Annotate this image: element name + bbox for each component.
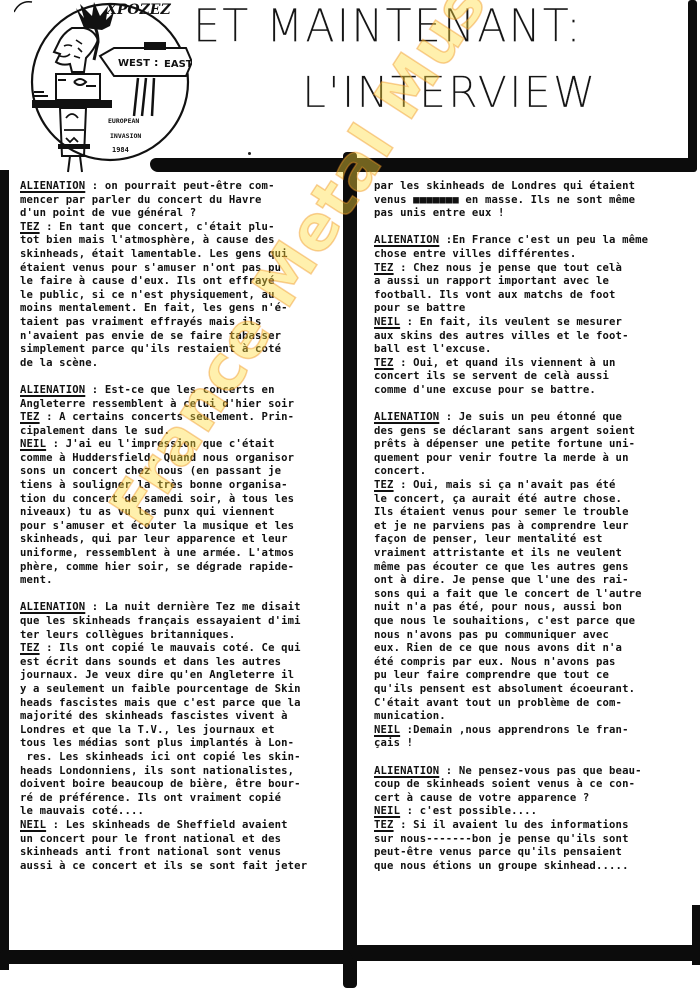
text-line: nous n'avons pas pu communiquer avec	[374, 629, 692, 643]
text-line: football. Ils vont aux matchs de foot	[374, 289, 692, 303]
text-line: comme d'une excuse pour se battre.	[374, 384, 692, 398]
line-text: prêts à dépenser une petite fortune uni-	[374, 438, 635, 450]
text-line: n'avaient pas envie de se faire tabasser	[20, 330, 342, 344]
line-text: qu'ils pensent est absolument écoeurant.	[374, 683, 635, 695]
line-text: tot bien mais l'atmosphère, à cause des	[20, 234, 275, 246]
text-line: le mauvais coté....	[20, 805, 342, 819]
line-text: taient pas vraiment effrayés mais ils	[20, 316, 262, 328]
line-text: sur nous-------bon je pense qu'ils sont	[374, 833, 629, 845]
interview-column-left: ALIENATION : on pourrait peut-être com-m…	[20, 180, 342, 873]
line-text: concert.	[374, 465, 426, 477]
text-line: ALIENATION : Ne pensez-vous pas que beau…	[374, 765, 692, 779]
text-line: coup de skinheads soient venus à ce con-	[374, 778, 692, 792]
text-line: le public, si ce n'est physiquement, au	[20, 289, 342, 303]
text-line: nuit n'a pas été, pour nous, aussi bon	[374, 601, 692, 615]
speaker-label: NEIL	[374, 805, 400, 817]
text-line: TEZ : A certains concerts seulement. Pri…	[20, 411, 342, 425]
line-text: n'avaient pas envie de se faire tabasser	[20, 330, 281, 342]
text-line: niveaux) tu as vu les punx qui viennent	[20, 506, 342, 520]
line-text: skinheads, était lamentable. Les gens qu…	[20, 248, 288, 260]
text-line: même pas écouter ce que les autres gens	[374, 561, 692, 575]
line-text: façon de penser, leur mentalité est	[374, 533, 602, 545]
text-line: peut-être venus parce qu'ils pensaient	[374, 846, 692, 860]
line-text: skinheads, qui par leur apparence et leu…	[20, 533, 288, 545]
line-text: tiens à souligner la très bonne organisa…	[20, 479, 288, 491]
svg-text:EUROPEAN: EUROPEAN	[108, 117, 139, 125]
line-text: des gens se déclarant sans argent soient	[374, 425, 635, 437]
line-text: pour se battre	[374, 302, 465, 314]
line-text: pu leur faire comprendre que tout ce	[374, 669, 609, 681]
paragraph-gap	[20, 370, 342, 384]
text-line: que nous étions un groupe skinhead.....	[374, 860, 692, 874]
text-line: tous les médias sont plus implantés à Lo…	[20, 737, 342, 751]
line-text: : En tant que concert, c'était plu-	[40, 221, 275, 233]
text-line: ALIENATION : La nuit dernière Tez me dis…	[20, 601, 342, 615]
text-line: étaient venus pour s'amuser n'ont pas pu	[20, 262, 342, 276]
line-text: : Si il avaient lu des informations	[394, 819, 629, 831]
paragraph-gap	[374, 751, 692, 765]
speaker-label: NEIL	[20, 438, 46, 450]
text-line: uniforme, ressemblent à une armée. L'atm…	[20, 547, 342, 561]
border-bottom-right	[352, 945, 700, 961]
text-line: çais !	[374, 737, 692, 751]
text-line: comme à Huddersfield. Quand nous organis…	[20, 452, 342, 466]
text-line: pour se battre	[374, 302, 692, 316]
line-text: que nous le souhaitions, c'est parce que	[374, 615, 635, 627]
line-text: cert à cause de votre apparence ?	[374, 792, 589, 804]
svg-text:INVASION: INVASION	[110, 132, 141, 140]
line-text: d'un point de vue général ?	[20, 207, 196, 219]
speaker-label: TEZ	[374, 819, 394, 831]
line-text: de la scène.	[20, 357, 98, 369]
column-divider	[343, 152, 357, 988]
text-line: heads Londonniens, ils sont nationaliste…	[20, 765, 342, 779]
line-text: ball est l'excuse.	[374, 343, 492, 355]
text-line: sur nous-------bon je pense qu'ils sont	[374, 833, 692, 847]
text-line: ALIENATION : on pourrait peut-être com-	[20, 180, 342, 194]
line-text: : Chez nous je pense que tout celà	[394, 262, 622, 274]
line-text: simplement parce qu'ils restaient à coté	[20, 343, 281, 355]
line-text: été compris par eux. Nous n'avons pas	[374, 656, 616, 668]
line-text: :En France c'est un peu la même	[439, 234, 648, 246]
line-text: Londres et que la T.V., les journaux et	[20, 724, 275, 736]
text-line: venus ■■■■■■■ en masse. Ils ne sont même	[374, 194, 692, 208]
speaker-label: TEZ	[374, 357, 394, 369]
line-text: un concert pour le front national et des	[20, 833, 281, 845]
speaker-label: TEZ	[374, 479, 394, 491]
text-line: que nous le souhaitions, c'est parce que	[374, 615, 692, 629]
line-text: que les skinheads français essayaient d'…	[20, 615, 301, 627]
line-text: par les skinheads de Londres qui étaient	[374, 180, 635, 192]
line-text: doivent boire beaucoup de bière, être bo…	[20, 778, 301, 790]
line-text: : Oui, et quand ils viennent à un	[394, 357, 616, 369]
text-line: ALIENATION : Je suis un peu étonné que	[374, 411, 692, 425]
text-line: un concert pour le front national et des	[20, 833, 342, 847]
text-line: tion du concert de samedi soir, à tous l…	[20, 493, 342, 507]
line-text: uniforme, ressemblent à une armée. L'atm…	[20, 547, 294, 559]
line-text: eux. Rien de ce que nous avons dit n'a	[374, 642, 622, 654]
text-line: ont à dire. Je pense que l'une des rai-	[374, 574, 692, 588]
speaker-label: TEZ	[20, 642, 40, 654]
text-line: TEZ : Chez nous je pense que tout celà	[374, 262, 692, 276]
text-line: skinheads, qui par leur apparence et leu…	[20, 533, 342, 547]
text-line: majorité des skinheads fascistes vivent …	[20, 710, 342, 724]
line-text: le mauvais coté....	[20, 805, 144, 817]
text-line: moins mentalement. En fait, les gens n'é…	[20, 302, 342, 316]
text-line: NEIL : J'ai eu l'impression que c'était	[20, 438, 342, 452]
line-text: : En fait, ils veulent se mesurer	[400, 316, 622, 328]
text-line: NEIL : Les skinheads de Sheffield avaien…	[20, 819, 342, 833]
text-line: de la scène.	[20, 357, 342, 371]
line-text: majorité des skinheads fascistes vivent …	[20, 710, 288, 722]
text-line: Angleterre ressemblent à celui d'hier so…	[20, 398, 342, 412]
text-line: TEZ : Oui, et quand ils viennent à un	[374, 357, 692, 371]
line-text: : Ils ont copié le mauvais coté. Ce qui	[40, 642, 301, 654]
line-text: coup de skinheads soient venus à ce con-	[374, 778, 635, 790]
xpozez-logo-illustration: WEST : EAST EUROPEAN INVASION 1984 XPOZE…	[14, 0, 192, 175]
text-line: simplement parce qu'ils restaient à coté	[20, 343, 342, 357]
line-text: quement pour venir foutre la merde à un	[374, 452, 629, 464]
line-text: heads fascistes mais que c'est parce que…	[20, 697, 301, 709]
ink-speck	[248, 152, 251, 155]
line-text: : on pourrait peut-être com-	[85, 180, 274, 192]
text-line: des gens se déclarant sans argent soient	[374, 425, 692, 439]
speaker-label: ALIENATION	[374, 411, 439, 423]
line-text: chose entre villes différentes.	[374, 248, 576, 260]
line-text: pas unis entre eux !	[374, 207, 505, 219]
line-text: comme à Huddersfield. Quand nous organis…	[20, 452, 294, 464]
line-text: journaux. Je veux dire qu'en Angleterre …	[20, 669, 294, 681]
line-text: moins mentalement. En fait, les gens n'é…	[20, 302, 288, 314]
line-text: aux skins des autres villes et le foot-	[374, 330, 629, 342]
sign-west-label: WEST	[118, 58, 150, 69]
line-text: phère, comme hier soir, se dégrade rapid…	[20, 561, 294, 573]
text-line: heads fascistes mais que c'est parce que…	[20, 697, 342, 711]
line-text: que nous étions un groupe skinhead.....	[374, 860, 629, 872]
text-line: TEZ : En tant que concert, c'était plu-	[20, 221, 342, 235]
line-text: res. Les skinheads ici ont copié les ski…	[20, 751, 301, 763]
text-line: vraiment attristante et ils ne veulent	[374, 547, 692, 561]
text-line: phère, comme hier soir, se dégrade rapid…	[20, 561, 342, 575]
line-text: venus ■■■■■■■ en masse. Ils ne sont même	[374, 194, 635, 206]
speaker-label: ALIENATION	[20, 180, 85, 192]
line-text: sons un concert chez nous (en passant je	[20, 465, 281, 477]
speaker-label: TEZ	[374, 262, 394, 274]
border-left	[0, 170, 9, 970]
line-text: cipalement dans le sud.	[20, 425, 170, 437]
line-text: : A certains concerts seulement. Prin-	[40, 411, 295, 423]
border-top-rule	[150, 158, 695, 172]
logo-band-name: XPOZEZ	[105, 2, 171, 18]
paragraph-gap	[374, 221, 692, 235]
line-text: ment.	[20, 574, 53, 586]
text-line: pu leur faire comprendre que tout ce	[374, 669, 692, 683]
interview-column-right: par les skinheads de Londres qui étaient…	[374, 180, 692, 873]
speaker-label: ALIENATION	[374, 234, 439, 246]
text-line: pour s'amuser et écouter la musique et l…	[20, 520, 342, 534]
line-text: Ils étaient venus pour semer le trouble	[374, 506, 629, 518]
page-title-line2: L'INTERVIEW	[302, 68, 597, 118]
line-text: C'était avant tout un problème de com-	[374, 697, 622, 709]
text-line: tiens à souligner la très bonne organisa…	[20, 479, 342, 493]
text-line: cipalement dans le sud.	[20, 425, 342, 439]
text-line: concert.	[374, 465, 692, 479]
text-line: eux. Rien de ce que nous avons dit n'a	[374, 642, 692, 656]
text-line: aussi à ce concert et ils se sont fait j…	[20, 860, 342, 874]
text-line: ALIENATION : Est-ce que les concerts en	[20, 384, 342, 398]
line-text: concert ils se servent de celà aussi	[374, 370, 609, 382]
paragraph-gap	[374, 398, 692, 412]
text-line: ter leurs collègues britanniques.	[20, 629, 342, 643]
speaker-label: ALIENATION	[374, 765, 439, 777]
text-line: le concert, ça aurait été autre chose.	[374, 493, 692, 507]
line-text: même pas écouter ce que les autres gens	[374, 561, 629, 573]
text-line: mencer par parler du concert du Havre	[20, 194, 342, 208]
text-line: d'un point de vue général ?	[20, 207, 342, 221]
text-line: qu'ils pensent est absolument écoeurant.	[374, 683, 692, 697]
text-line: sons un concert chez nous (en passant je	[20, 465, 342, 479]
text-line: TEZ : Oui, mais si ça n'avait pas été	[374, 479, 692, 493]
line-text: et je ne parviens pas à comprendre leur	[374, 520, 629, 532]
line-text: : Oui, mais si ça n'avait pas été	[394, 479, 616, 491]
line-text: : Est-ce que les concerts en	[85, 384, 274, 396]
line-text: pour s'amuser et écouter la musique et l…	[20, 520, 294, 532]
line-text: sons qui a fait que le concert de l'autr…	[374, 588, 642, 600]
line-text: tion du concert de samedi soir, à tous l…	[20, 493, 294, 505]
line-text: comme d'une excuse pour se battre.	[374, 384, 596, 396]
text-line: cert à cause de votre apparence ?	[374, 792, 692, 806]
line-text: a aussi un rapport important avec le	[374, 275, 609, 287]
line-text: : Ne pensez-vous pas que beau-	[439, 765, 641, 777]
line-text: football. Ils vont aux matchs de foot	[374, 289, 616, 301]
text-line: C'était avant tout un problème de com-	[374, 697, 692, 711]
text-line: et je ne parviens pas à comprendre leur	[374, 520, 692, 534]
text-line: Ils étaient venus pour semer le trouble	[374, 506, 692, 520]
text-line: doivent boire beaucoup de bière, être bo…	[20, 778, 342, 792]
text-line: que les skinheads français essayaient d'…	[20, 615, 342, 629]
text-line: aux skins des autres villes et le foot-	[374, 330, 692, 344]
line-text: mencer par parler du concert du Havre	[20, 194, 262, 206]
line-text: : Je suis un peu étonné que	[439, 411, 622, 423]
line-text: le faire à cause d'eux. Ils ont effrayé	[20, 275, 275, 287]
text-line: prêts à dépenser une petite fortune uni-	[374, 438, 692, 452]
line-text: est écrit dans sounds et dans les autres	[20, 656, 281, 668]
border-bottom-left	[0, 950, 352, 964]
speaker-label: ALIENATION	[20, 601, 85, 613]
line-text: heads Londonniens, ils sont nationaliste…	[20, 765, 294, 777]
line-text: nous n'avons pas pu communiquer avec	[374, 629, 609, 641]
speaker-label: NEIL	[20, 819, 46, 831]
text-line: TEZ : Si il avaient lu des informations	[374, 819, 692, 833]
page-title-line1: ET MAINTENANT:	[193, 1, 583, 54]
text-line: TEZ : Ils ont copié le mauvais coté. Ce …	[20, 642, 342, 656]
text-line: tot bien mais l'atmosphère, à cause des	[20, 234, 342, 248]
text-line: ment.	[20, 574, 342, 588]
border-right-top	[688, 0, 697, 172]
text-line: concert ils se servent de celà aussi	[374, 370, 692, 384]
fanzine-page: WEST : EAST EUROPEAN INVASION 1984 XPOZE…	[0, 0, 700, 990]
line-text: y a seulement un faible pourcentage de S…	[20, 683, 301, 695]
text-line: par les skinheads de Londres qui étaient	[374, 180, 692, 194]
speaker-label: NEIL	[374, 724, 400, 736]
line-text: ont à dire. Je pense que l'une des rai-	[374, 574, 629, 586]
text-line: a aussi un rapport important avec le	[374, 275, 692, 289]
text-line: pas unis entre eux !	[374, 207, 692, 221]
line-text: : J'ai eu l'impression que c'était	[46, 438, 274, 450]
text-line: été compris par eux. Nous n'avons pas	[374, 656, 692, 670]
text-line: y a seulement un faible pourcentage de S…	[20, 683, 342, 697]
text-line: ball est l'excuse.	[374, 343, 692, 357]
text-line: NEIL : c'est possible....	[374, 805, 692, 819]
paragraph-gap	[20, 588, 342, 602]
text-line: journaux. Je veux dire qu'en Angleterre …	[20, 669, 342, 683]
line-text: étaient venus pour s'amuser n'ont pas pu	[20, 262, 281, 274]
text-line: ALIENATION :En France c'est un peu la mê…	[374, 234, 692, 248]
svg-text:1984: 1984	[112, 146, 129, 154]
svg-text::: :	[154, 56, 158, 69]
speaker-label: NEIL	[374, 316, 400, 328]
text-line: res. Les skinheads ici ont copié les ski…	[20, 751, 342, 765]
text-line: façon de penser, leur mentalité est	[374, 533, 692, 547]
line-text: : Les skinheads de Sheffield avaient	[46, 819, 288, 831]
line-text: vraiment attristante et ils ne veulent	[374, 547, 622, 559]
line-text: ré de préférence. Ils ont vraiment copié	[20, 792, 281, 804]
text-line: chose entre villes différentes.	[374, 248, 692, 262]
text-line: NEIL : En fait, ils veulent se mesurer	[374, 316, 692, 330]
line-text: le public, si ce n'est physiquement, au	[20, 289, 275, 301]
line-text: :Demain ,nous apprendrons le fran-	[400, 724, 628, 736]
text-line: skinheads, était lamentable. Les gens qu…	[20, 248, 342, 262]
text-line: ré de préférence. Ils ont vraiment copié	[20, 792, 342, 806]
line-text: tous les médias sont plus implantés à Lo…	[20, 737, 294, 749]
line-text: : c'est possible....	[400, 805, 537, 817]
text-line: le faire à cause d'eux. Ils ont effrayé	[20, 275, 342, 289]
text-line: skinheads anti front national sont venus	[20, 846, 342, 860]
line-text: : La nuit dernière Tez me disait	[85, 601, 300, 613]
line-text: niveaux) tu as vu les punx qui viennent	[20, 506, 275, 518]
text-line: quement pour venir foutre la merde à un	[374, 452, 692, 466]
line-text: peut-être venus parce qu'ils pensaient	[374, 846, 622, 858]
speaker-label: TEZ	[20, 411, 40, 423]
line-text: ter leurs collègues britanniques.	[20, 629, 235, 641]
line-text: munication.	[374, 710, 446, 722]
text-line: sons qui a fait que le concert de l'autr…	[374, 588, 692, 602]
line-text: skinheads anti front national sont venus	[20, 846, 281, 858]
text-line: NEIL :Demain ,nous apprendrons le fran-	[374, 724, 692, 738]
text-line: est écrit dans sounds et dans les autres	[20, 656, 342, 670]
sign-east-label: EAST	[164, 59, 192, 70]
text-line: taient pas vraiment effrayés mais ils	[20, 316, 342, 330]
speaker-label: ALIENATION	[20, 384, 85, 396]
text-line: munication.	[374, 710, 692, 724]
line-text: nuit n'a pas été, pour nous, aussi bon	[374, 601, 622, 613]
line-text: le concert, ça aurait été autre chose.	[374, 493, 622, 505]
line-text: aussi à ce concert et ils se sont fait j…	[20, 860, 307, 872]
text-line: Londres et que la T.V., les journaux et	[20, 724, 342, 738]
speaker-label: TEZ	[20, 221, 40, 233]
border-right-bottom	[692, 905, 700, 965]
line-text: Angleterre ressemblent à celui d'hier so…	[20, 398, 294, 410]
line-text: çais !	[374, 737, 413, 749]
